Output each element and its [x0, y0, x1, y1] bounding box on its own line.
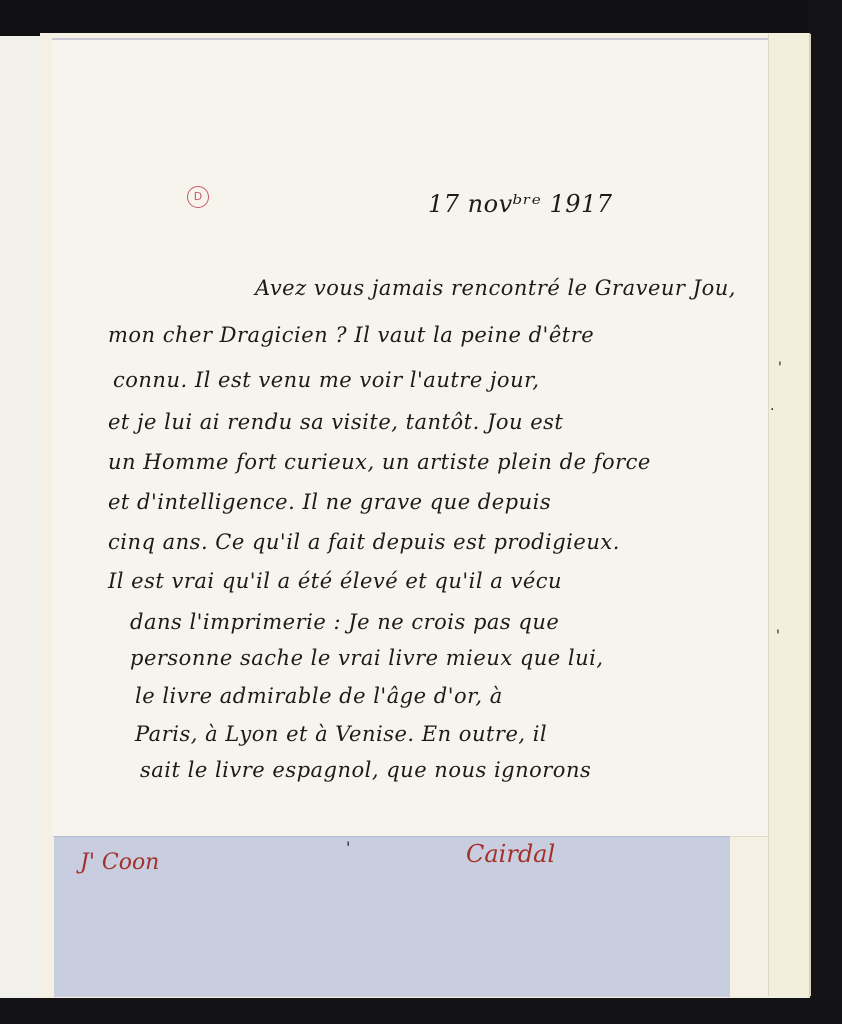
- letter-line: cinq ans. Ce qu'il a fait depuis est pro…: [108, 530, 620, 554]
- letter-line: le livre admirable de l'âge d'or, à: [135, 684, 503, 708]
- letter-body: Avez vous jamais rencontré le Graveur Jo…: [0, 0, 842, 840]
- scanner-background-bottom: [0, 998, 842, 1024]
- margin-mark: ·: [770, 402, 774, 418]
- margin-mark: ': [776, 628, 780, 644]
- letter-line: connu. Il est venu me voir l'autre jour,: [113, 368, 540, 392]
- letter-line: Paris, à Lyon et à Venise. En outre, il: [135, 722, 547, 746]
- letter-line: personne sache le vrai livre mieux que l…: [130, 646, 604, 670]
- slip-tick-mark: ': [346, 838, 350, 857]
- letter-line: dans l'imprimerie : Je ne crois pas que: [130, 610, 559, 634]
- margin-mark: ': [778, 360, 782, 376]
- letter-line: Il est vrai qu'il a été élevé et qu'il a…: [108, 569, 562, 593]
- slip-right-note: Cairdal: [466, 840, 555, 868]
- letter-line: et d'intelligence. Il ne grave que depui…: [108, 490, 551, 514]
- letter-line: Avez vous jamais rencontré le Graveur Jo…: [255, 276, 736, 300]
- letter-line: mon cher Dragicien ? Il vaut la peine d'…: [108, 323, 594, 347]
- slip-left-note: J' Coon: [80, 850, 159, 875]
- letter-line: un Homme fort curieux, un artiste plein …: [108, 450, 651, 474]
- letter-line: sait le livre espagnol, que nous ignoron…: [140, 758, 591, 782]
- letter-line: et je lui ai rendu sa visite, tantôt. Jo…: [108, 410, 563, 434]
